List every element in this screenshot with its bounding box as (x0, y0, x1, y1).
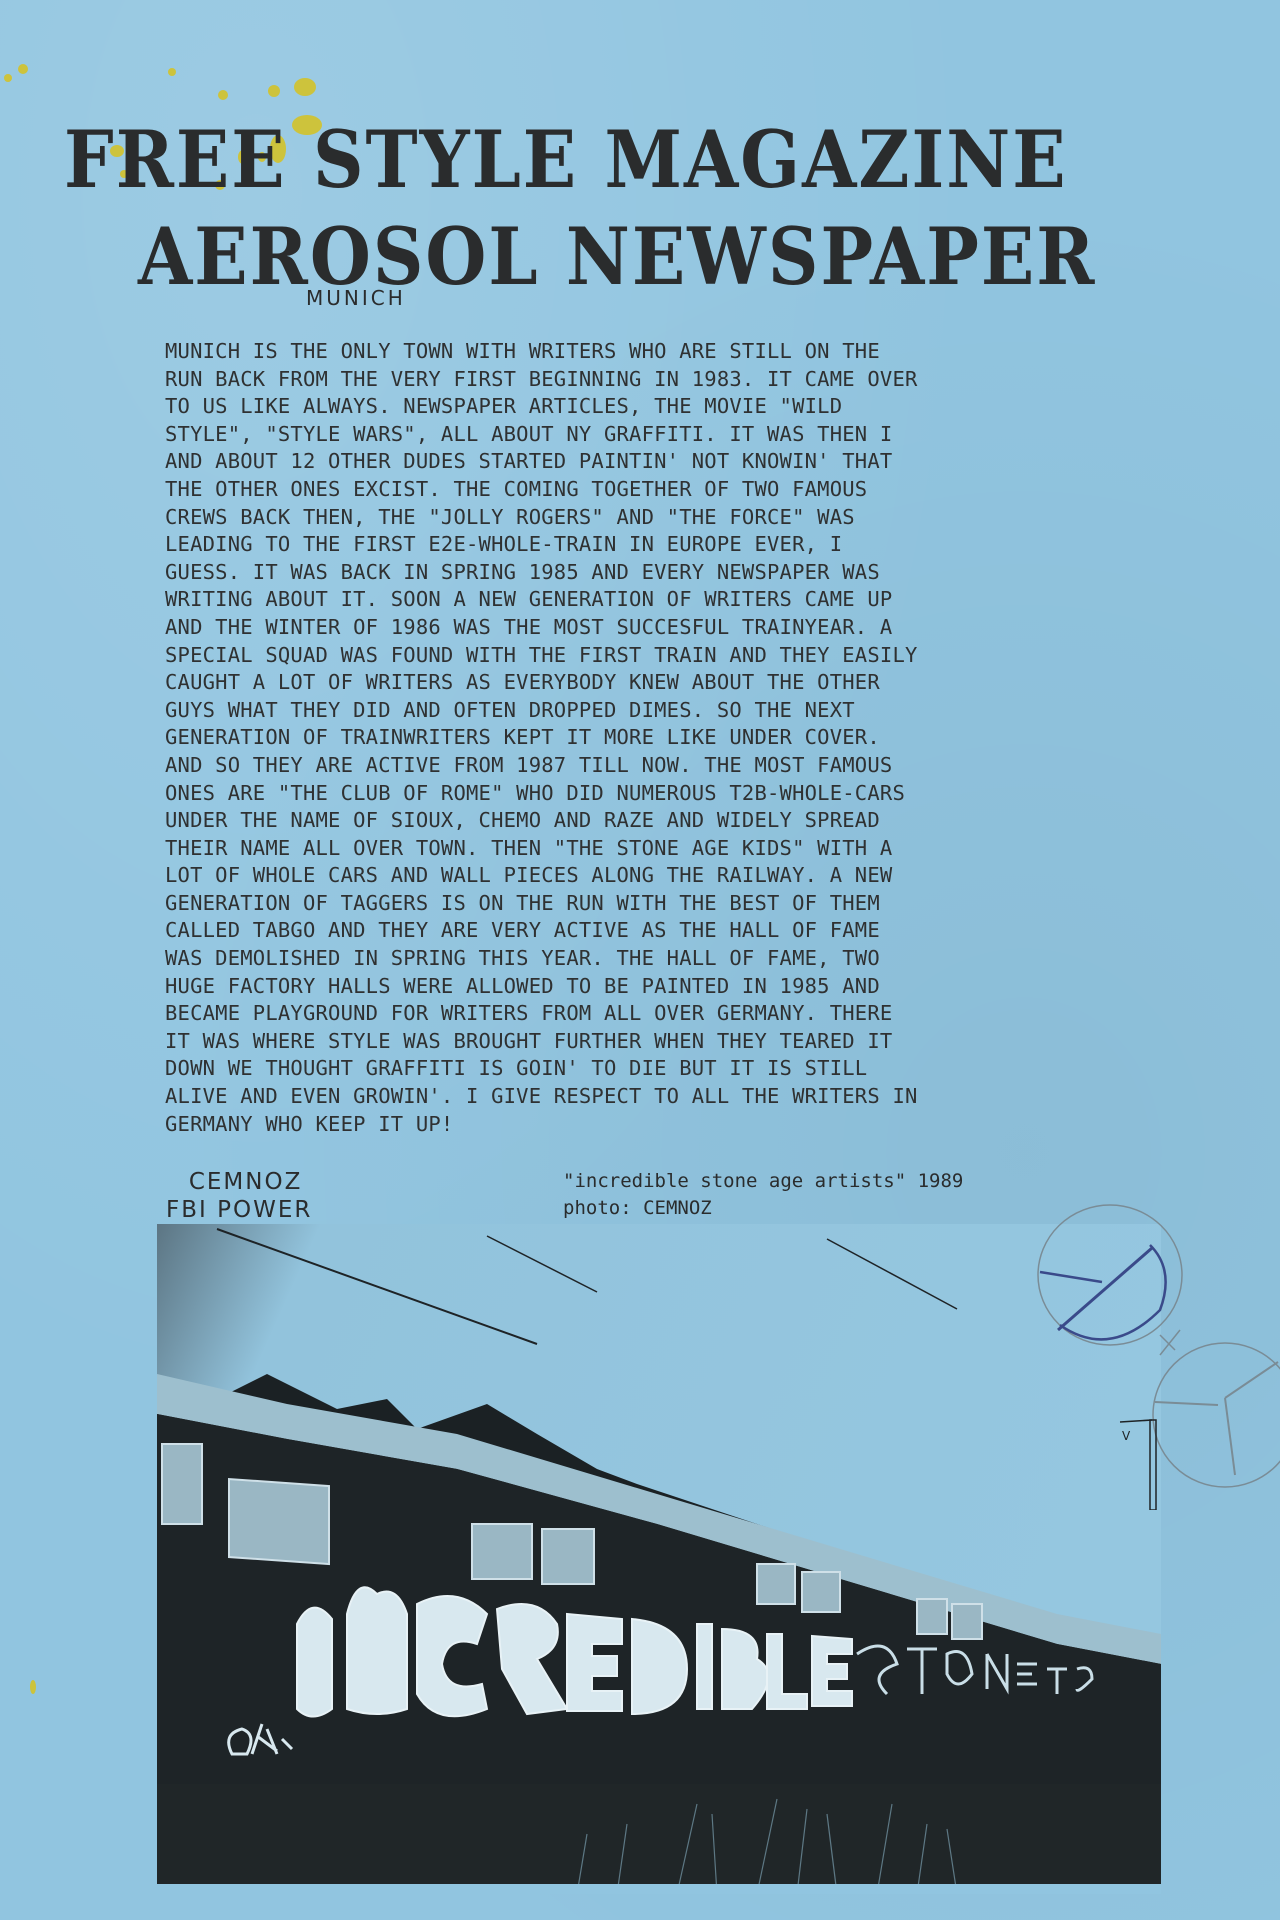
svg-text:V: V (1122, 1429, 1131, 1443)
article-line: ALIVE AND EVEN GROWIN'. I GIVE RESPECT T… (165, 1083, 1195, 1111)
article-line: AND SO THEY ARE ACTIVE FROM 1987 TILL NO… (165, 752, 1195, 780)
article-line: THEIR NAME ALL OVER TOWN. THEN "THE STON… (165, 835, 1195, 863)
article-line: HUGE FACTORY HALLS WERE ALLOWED TO BE PA… (165, 973, 1195, 1001)
article-line: CAUGHT A LOT OF WRITERS AS EVERYBODY KNE… (165, 669, 1195, 697)
article-line: AND ABOUT 12 OTHER DUDES STARTED PAINTIN… (165, 448, 1195, 476)
article-line: IT WAS WHERE STYLE WAS BROUGHT FURTHER W… (165, 1028, 1195, 1056)
article-line: GUYS WHAT THEY DID AND OFTEN DROPPED DIM… (165, 697, 1195, 725)
article-line: LOT OF WHOLE CARS AND WALL PIECES ALONG … (165, 862, 1195, 890)
pen-doodles: V (1000, 1190, 1280, 1510)
crew-name: FBI POWER (166, 1196, 312, 1224)
article-line: TO US LIKE ALWAYS. NEWSPAPER ARTICLES, T… (165, 393, 1195, 421)
article-line: RUN BACK FROM THE VERY FIRST BEGINNING I… (165, 366, 1195, 394)
article-line: GERMANY WHO KEEP IT UP! (165, 1111, 1195, 1139)
author-credits: CEMNOZ FBI POWER (166, 1168, 312, 1224)
photo-credit: photo: CEMNOZ (563, 1195, 963, 1222)
article-line: DOWN WE THOUGHT GRAFFITI IS GOIN' TO DIE… (165, 1055, 1195, 1083)
article-line: AND THE WINTER OF 1986 WAS THE MOST SUCC… (165, 614, 1195, 642)
article-line: WRITING ABOUT IT. SOON A NEW GENERATION … (165, 586, 1195, 614)
article-line: SPECIAL SQUAD WAS FOUND WITH THE FIRST T… (165, 642, 1195, 670)
article-line: CALLED TABGO AND THEY ARE VERY ACTIVE AS… (165, 917, 1195, 945)
article-line: GENERATION OF TRAINWRITERS KEPT IT MORE … (165, 724, 1195, 752)
article-line: LEADING TO THE FIRST E2E-WHOLE-TRAIN IN … (165, 531, 1195, 559)
article-line: GENERATION OF TAGGERS IS ON THE RUN WITH… (165, 890, 1195, 918)
city-label: MUNICH (306, 286, 406, 310)
article-line: UNDER THE NAME OF SIOUX, CHEMO AND RAZE … (165, 807, 1195, 835)
article-line: ONES ARE "THE CLUB OF ROME" WHO DID NUME… (165, 780, 1195, 808)
article-body: MUNICH IS THE ONLY TOWN WITH WRITERS WHO… (165, 338, 1195, 1138)
article-line: CREWS BACK THEN, THE "JOLLY ROGERS" AND … (165, 504, 1195, 532)
caption-title: "incredible stone age artists" 1989 (563, 1168, 963, 1195)
author-name: CEMNOZ (166, 1168, 312, 1196)
article-line: BECAME PLAYGROUND FOR WRITERS FROM ALL O… (165, 1000, 1195, 1028)
article-line: WAS DEMOLISHED IN SPRING THIS YEAR. THE … (165, 945, 1195, 973)
article-line: MUNICH IS THE ONLY TOWN WITH WRITERS WHO… (165, 338, 1195, 366)
article-line: STYLE", "STYLE WARS", ALL ABOUT NY GRAFF… (165, 421, 1195, 449)
masthead-line-1: FREE STYLE MAGAZINE (64, 113, 1280, 206)
photo-caption: "incredible stone age artists" 1989 phot… (563, 1168, 963, 1222)
article-line: THE OTHER ONES EXCIST. THE COMING TOGETH… (165, 476, 1195, 504)
article-line: GUESS. IT WAS BACK IN SPRING 1985 AND EV… (165, 559, 1195, 587)
